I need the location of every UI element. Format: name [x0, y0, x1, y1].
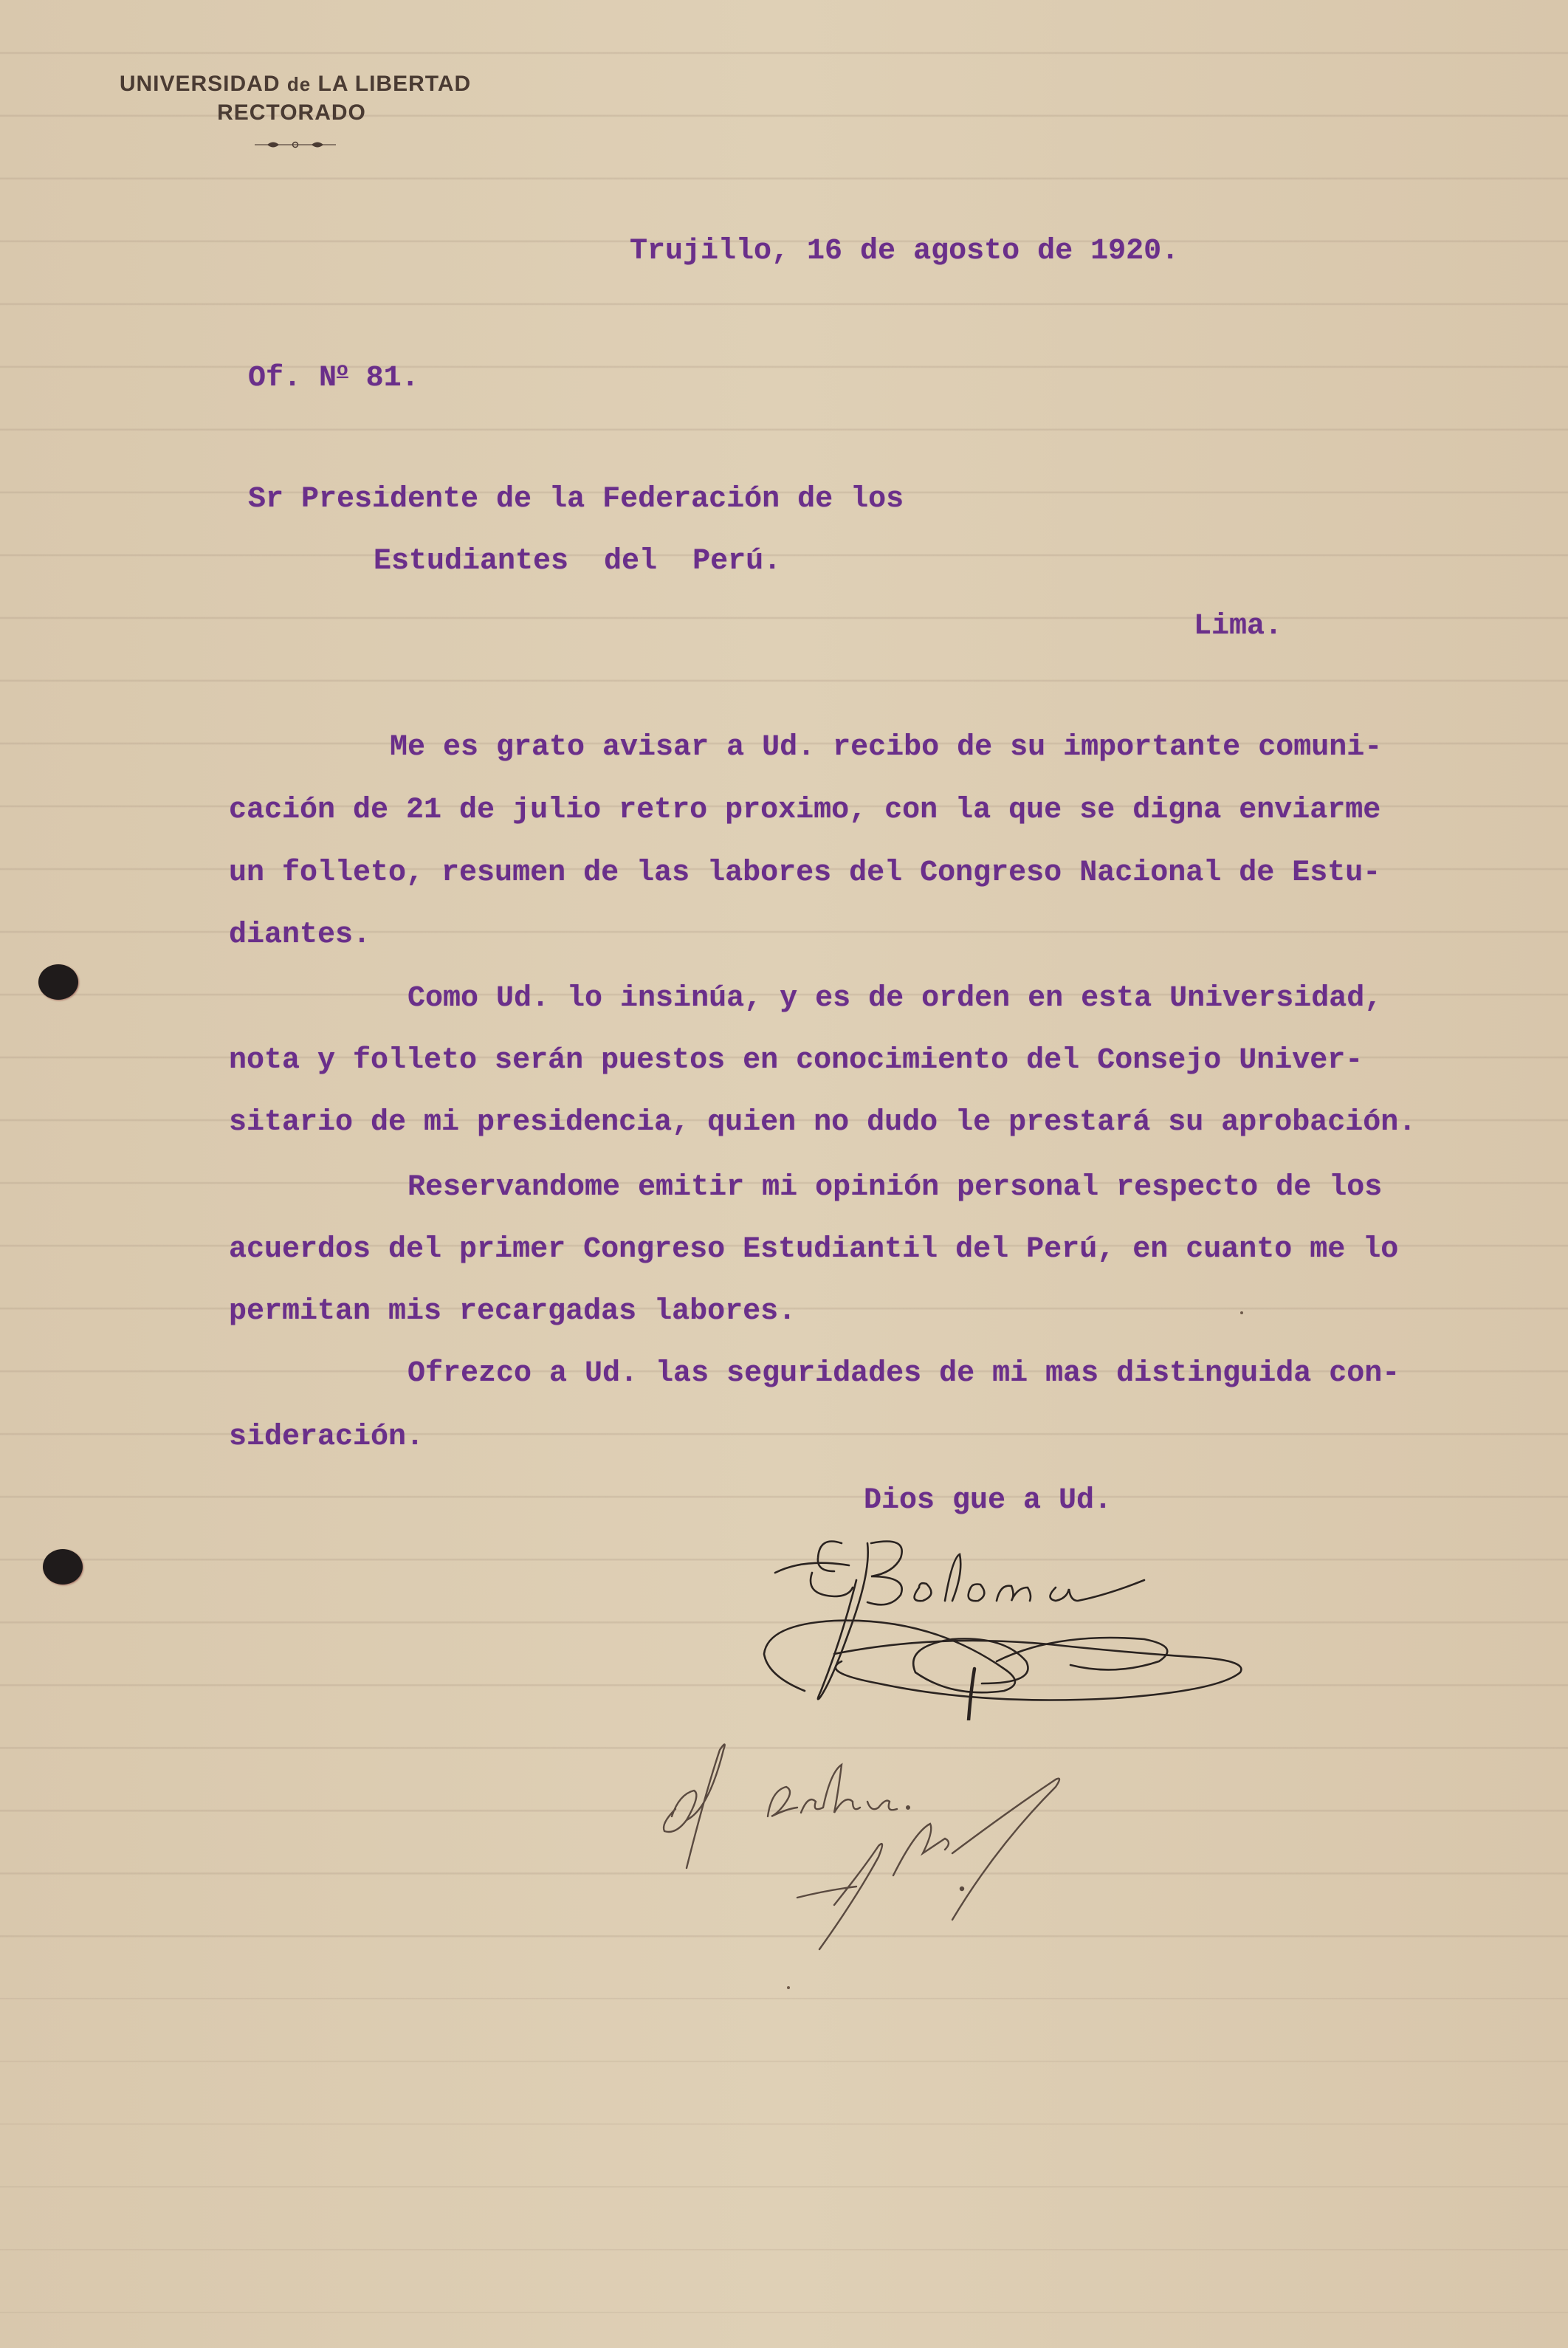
- punch-hole: [43, 1549, 83, 1585]
- paper-speck: [1240, 1311, 1243, 1314]
- body-line: acuerdos del primer Congreso Estudiantil…: [229, 1233, 1398, 1266]
- body-line: cación de 21 de julio retro proximo, con…: [229, 794, 1380, 827]
- body-line: Como Ud. lo insinúa, y es de orden en es…: [408, 982, 1382, 1015]
- institution-name: UNIVERSIDAD de LA LIBERTAD: [96, 68, 495, 100]
- body-line: Ofrezco a Ud. las seguridades de mi mas …: [408, 1357, 1400, 1390]
- reference-prefix: Of. N: [248, 362, 337, 395]
- body-line: Reservandome emitir mi opinión personal …: [408, 1171, 1382, 1204]
- punch-hole: [38, 964, 78, 1000]
- body-line: nota y folleto serán puestos en conocimi…: [229, 1044, 1363, 1077]
- addressee-city: Lima.: [1194, 610, 1282, 643]
- annotation-label: Al Archivo. (handwritten note with initi…: [0, 0, 1, 1]
- body-line: Me es grato avisar a Ud. recibo de su im…: [390, 731, 1382, 764]
- closing-salutation: Dios gue a Ud.: [864, 1484, 1112, 1517]
- institution-name-connector: de: [287, 73, 311, 95]
- reference-sup: o: [337, 359, 348, 381]
- institution-name-part1: UNIVERSIDAD: [120, 72, 281, 96]
- reference-value: 81.: [348, 362, 419, 395]
- reference-number: Of. No 81.: [248, 359, 419, 395]
- body-line: un folleto, resumen de las labores del C…: [229, 857, 1380, 890]
- signature-icon: [760, 1514, 1262, 1720]
- body-line: sideración.: [229, 1421, 424, 1454]
- body-line: permitan mis recargadas labores.: [229, 1295, 796, 1328]
- body-line: diantes.: [229, 919, 371, 952]
- addressee-line-1: Sr Presidente de la Federación de los: [248, 483, 904, 516]
- letterhead-ornament-icon: [251, 137, 340, 152]
- office-name: RECTORADO: [89, 100, 495, 126]
- letterhead: UNIVERSIDAD de LA LIBERTAD RECTORADO: [96, 68, 495, 126]
- archive-annotation-icon: [642, 1720, 1144, 1971]
- body-line: sitario de mi presidencia, quien no dudo…: [229, 1106, 1416, 1139]
- institution-name-part2: LA LIBERTAD: [318, 72, 472, 96]
- paper-speck: [787, 1986, 790, 1989]
- addressee-line-2: Estudiantes del Perú.: [374, 545, 781, 578]
- signature-label: E. Bolona (handwritten signature with fl…: [0, 0, 1, 1]
- place-date: Trujillo, 16 de agosto de 1920.: [630, 235, 1179, 268]
